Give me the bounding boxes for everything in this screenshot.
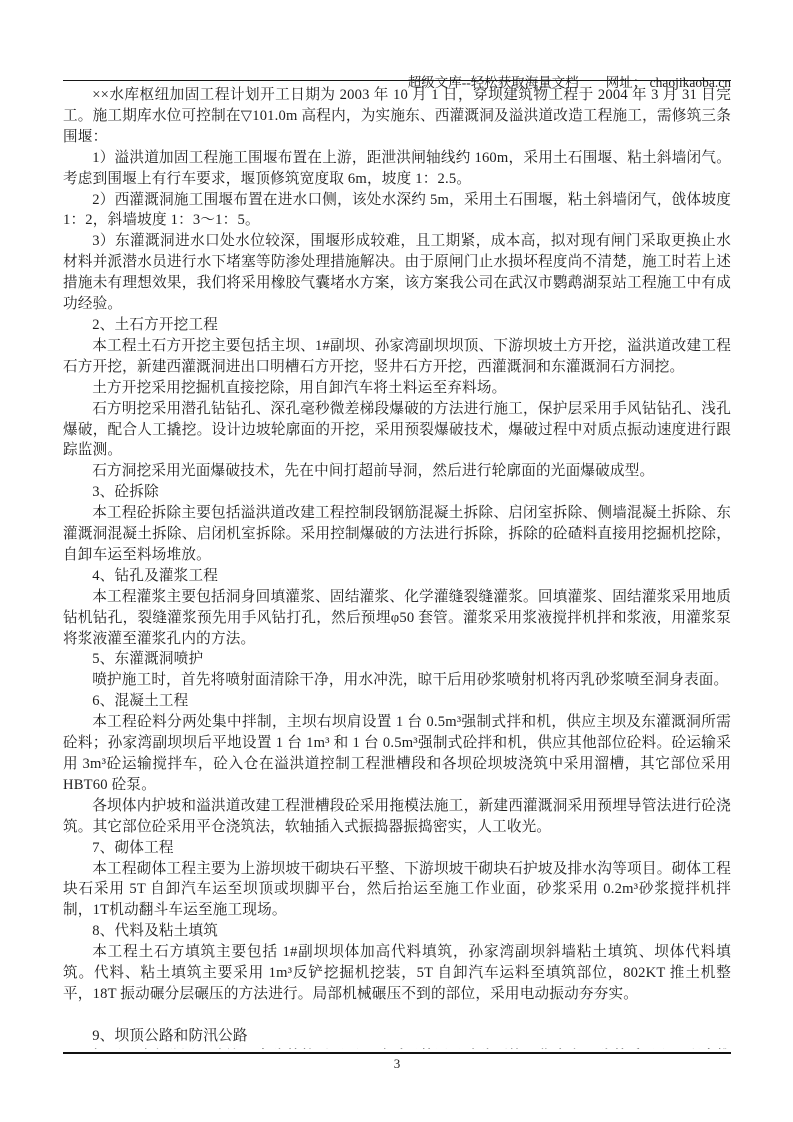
page-footer: 3: [63, 1056, 731, 1072]
paragraph: 本工程灌浆主要包括洞身回填灌浆、固结灌浆、化学灌缝裂缝灌浆。回填灌浆、固结灌浆采…: [63, 587, 731, 650]
section-heading: 8、代料及粘土填筑: [63, 921, 731, 942]
section-heading: 9、坝顶公路和防汛公路: [63, 1026, 731, 1047]
paragraph: 本工程砼料分两处集中拌制，主坝右坝肩设置 1 台 0.5m³强制式拌和机，供应主…: [63, 712, 731, 796]
section-heading: 4、钻孔及灌浆工程: [63, 566, 731, 587]
section-heading: 3、砼拆除: [63, 482, 731, 503]
paragraph: 1）溢洪道加固工程施工围堰布置在上游，距泄洪闸轴线约 160m，采用土石围堰、粘…: [63, 148, 731, 190]
blank-line: [63, 1005, 731, 1026]
paragraph: 石方洞挖采用光面爆破技术，先在中间打超前导洞，然后进行轮廓面的光面爆破成型。: [63, 461, 731, 482]
footer-divider: [63, 1052, 731, 1054]
paragraph: 3）东灌溉洞进水口处水位较深，围堰形成较难，且工期紧，成本高，拟对现有闸门采取更…: [63, 231, 731, 315]
section-heading: 5、东灌溉洞喷护: [63, 649, 731, 670]
paragraph: 本工程砼拆除主要包括溢洪道改建工程控制段钢筋混凝土拆除、启闭室拆除、侧墙混凝土拆…: [63, 503, 731, 566]
paragraph: 土方开挖采用挖掘机直接挖除，用自卸汽车将土料运至弃料场。: [63, 378, 731, 399]
paragraph: 本工程砌体工程主要为上游坝坡干砌块石平整、下游坝坡干砌块石护坡及排水沟等项目。砌…: [63, 859, 731, 922]
paragraph: 石方明挖采用潜孔钻钻孔、深孔毫秒微差梯段爆破的方法进行施工，保护层采用手风钻钻孔…: [63, 399, 731, 462]
paragraph: 喷护施工时，首先将喷射面清除干净，用水冲洗，晾干后用砂浆喷射机将丙乳砂浆喷至洞身…: [63, 670, 731, 691]
section-heading: 6、混凝土工程: [63, 691, 731, 712]
paragraph: 2）西灌溉洞施工围堰布置在进水口侧，该处水深约 5m，采用土石围堰，粘土斜墙闭气…: [63, 190, 731, 232]
section-heading: 2、土石方开挖工程: [63, 315, 731, 336]
document-page: 超级文库--轻松获取海量文档 网址： chaojikaoba.cn ××水库枢纽…: [0, 0, 793, 1122]
paragraph: ××水库枢纽加固工程计划开工日期为 2003 年 10 月 1 日，穿坝建筑物工…: [63, 85, 731, 148]
page-number: 3: [394, 1056, 401, 1071]
section-heading: 7、砌体工程: [63, 838, 731, 859]
document-body: ××水库枢纽加固工程计划开工日期为 2003 年 10 月 1 日，穿坝建筑物工…: [63, 85, 731, 1049]
paragraph: 本工程土石方开挖主要包括主坝、1#副坝、孙家湾副坝坝顶、下游坝坡土方开挖，溢洪道…: [63, 336, 731, 378]
paragraph: 各坝体内护坡和溢洪道改建工程泄槽段砼采用拖模法施工，新建西灌溉洞采用预埋导管法进…: [63, 796, 731, 838]
paragraph: 本工程土石方填筑主要包括 1#副坝坝体加高代料填筑，孙家湾副坝斜墙粘土填筑、坝体…: [63, 942, 731, 1005]
header-divider: [63, 80, 731, 81]
paragraph: 坝顶公路和防汛公路施工含路基整平碾压、砂砾石基层及砼路面等工作内容。路基采用人工…: [63, 1047, 731, 1049]
